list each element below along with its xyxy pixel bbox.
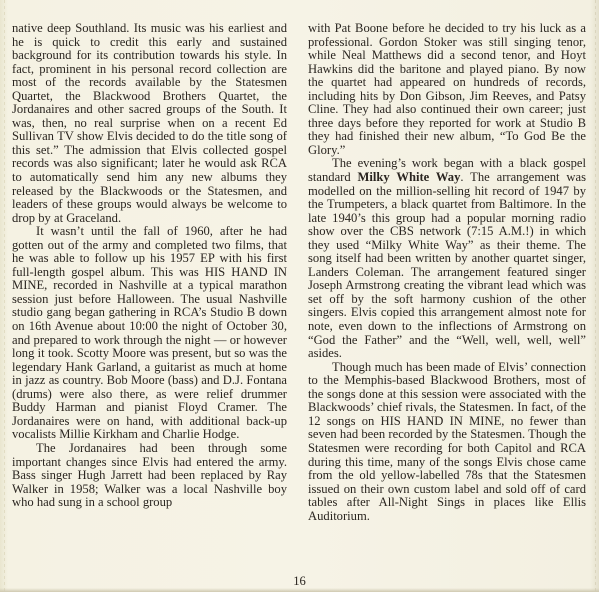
page-bottom-edge — [0, 588, 599, 592]
song-title: Milky White Way — [358, 170, 461, 184]
left-text-column: native deep Southland. Its music was his… — [12, 22, 287, 510]
right-text-column: with Pat Boone before he decided to try … — [308, 22, 586, 523]
paragraph: native deep Southland. Its music was his… — [12, 22, 287, 225]
paragraph: with Pat Boone before he decided to try … — [308, 22, 586, 157]
paragraph: The Jordanaires had been through some im… — [12, 442, 287, 510]
paragraph: Though much has been made of Elvis’ conn… — [308, 361, 586, 524]
paragraph: It wasn’t until the fall of 1960, after … — [12, 225, 287, 442]
paragraph: The evening’s work began with a black go… — [308, 157, 586, 360]
booklet-page: native deep Southland. Its music was his… — [0, 0, 599, 592]
paragraph-text: . The arrangement was modelled on the mi… — [308, 170, 586, 360]
page-number: 16 — [0, 574, 599, 589]
